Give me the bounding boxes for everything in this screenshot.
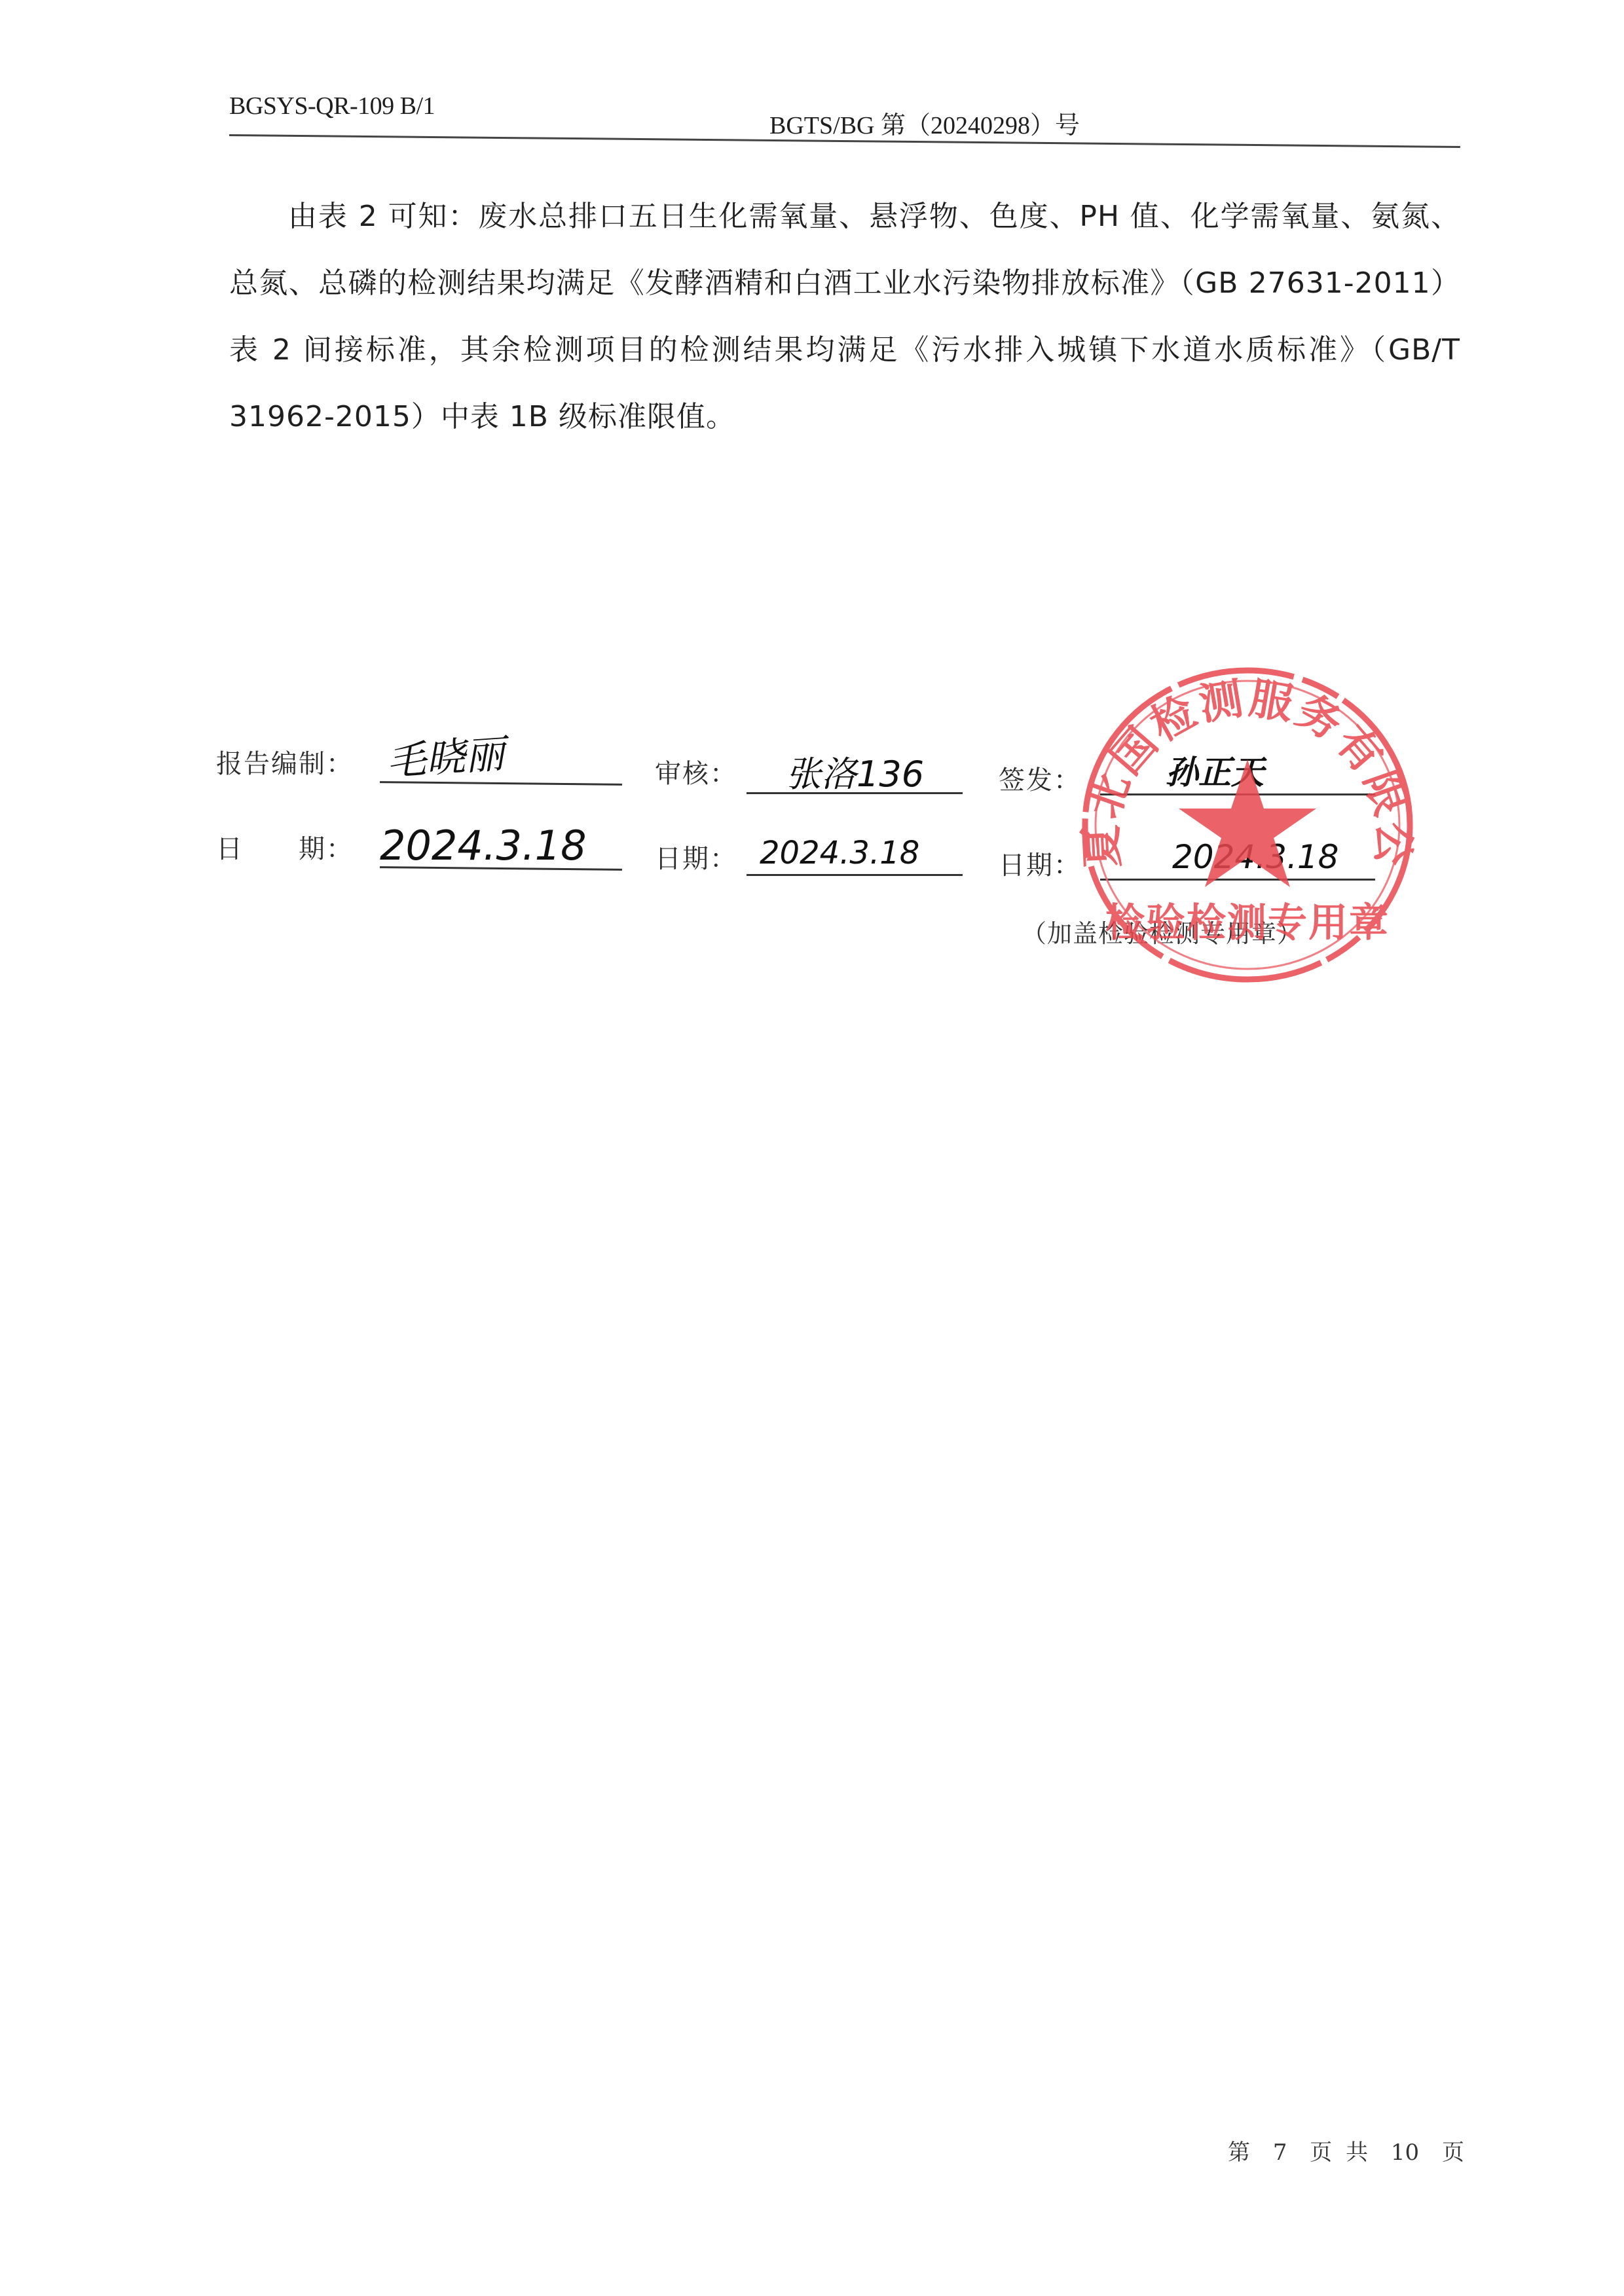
- reviewer-signature-line: [747, 792, 963, 794]
- reviewer-date: 2024.3.18: [760, 835, 919, 871]
- page-suffix: 页: [1442, 2140, 1464, 2166]
- page-mid: 页 共: [1310, 2140, 1368, 2166]
- form-code: BGSYS-QR-109 B/1: [229, 92, 435, 120]
- reviewer-label: 审核：: [655, 753, 737, 790]
- page-prefix: 第: [1228, 2140, 1250, 2166]
- compiler-signature: 毛晓丽: [384, 723, 506, 787]
- reviewer-date-label: 日期：: [655, 838, 737, 875]
- compiler-label: 报告编制：: [216, 743, 354, 780]
- reviewer-date-line: [747, 874, 963, 876]
- report-number: BGTS/BG 第（20240298）号: [769, 105, 1080, 141]
- compiler-date: 2024.3.18: [380, 822, 587, 869]
- reviewer-signature: 张洛136: [786, 746, 924, 797]
- page-current: 7: [1273, 2140, 1287, 2166]
- issuer-label: 签发：: [999, 759, 1081, 797]
- issuer-signature: 孙正天: [1166, 746, 1264, 793]
- page-total: 10: [1391, 2140, 1419, 2166]
- issuer-date-label: 日期：: [999, 845, 1081, 882]
- conclusion-paragraph: 由表 2 可知：废水总排口五日生化需氧量、悬浮物、色度、PH 值、化学需氧量、氨…: [229, 183, 1460, 450]
- issuer-signature-line: [1100, 793, 1375, 795]
- page-indicator: 第 7 页 共 10 页: [1228, 2134, 1473, 2166]
- stamp-note: （加盖检验检测专用章）: [1022, 913, 1302, 949]
- issuer-date-line: [1100, 879, 1375, 881]
- issuer-date: 2024.3.18: [1172, 838, 1338, 876]
- compiler-date-label: 日 期：: [216, 828, 354, 866]
